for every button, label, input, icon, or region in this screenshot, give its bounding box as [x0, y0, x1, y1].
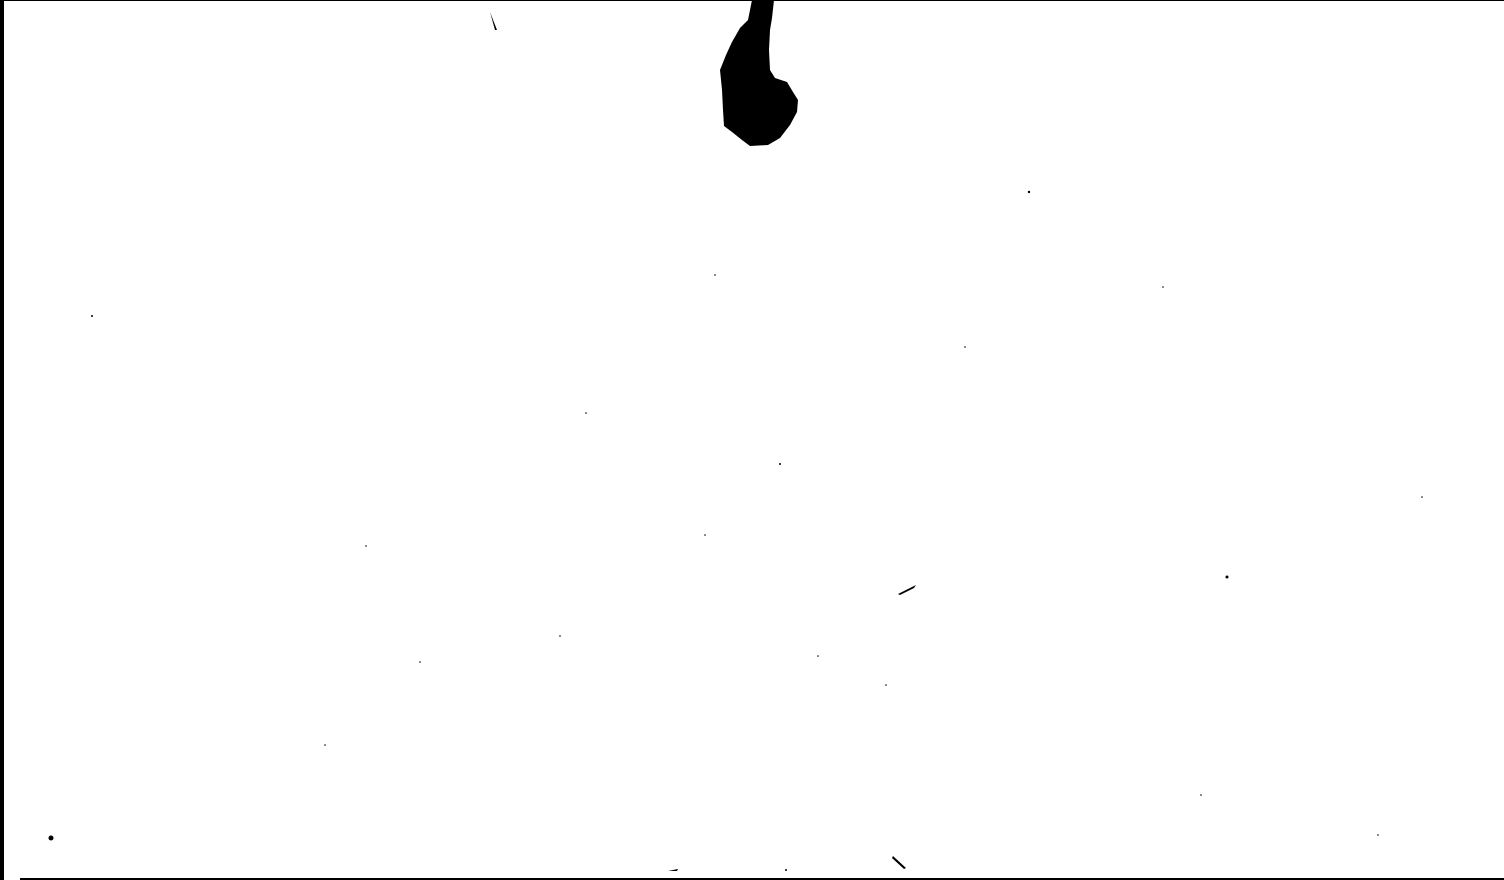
photo-background: [0, 0, 1504, 880]
photo-content: [0, 0, 1504, 880]
dark-blotch: [720, 0, 798, 146]
speckles: [49, 12, 1423, 871]
